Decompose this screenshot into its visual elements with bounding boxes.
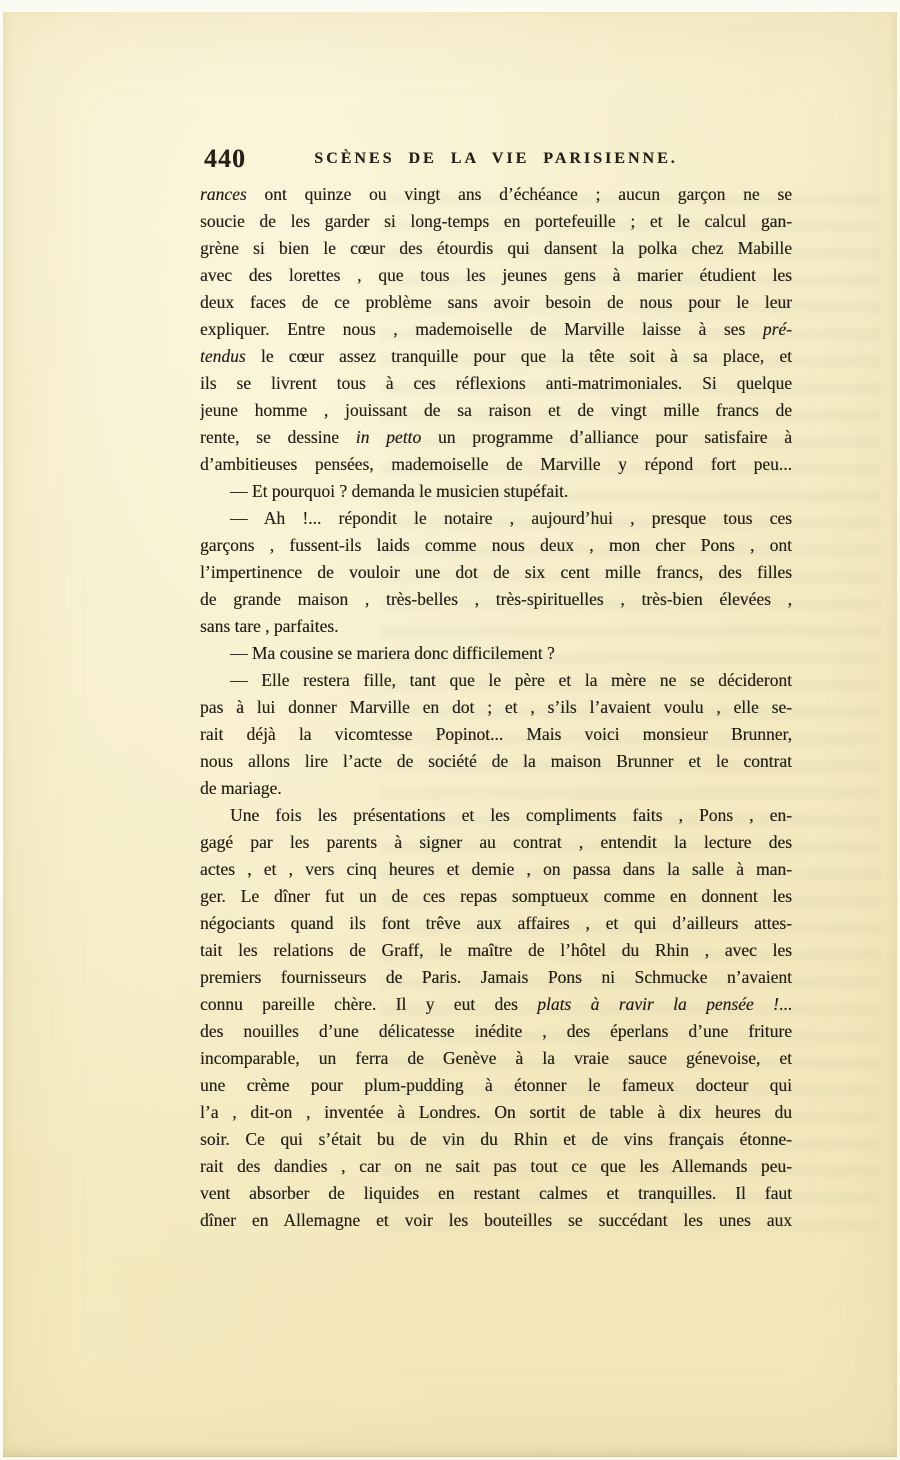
text-line: soucie de les garder si long-temps en po… bbox=[200, 208, 792, 235]
text-segment: sans tare , parfaites. bbox=[200, 616, 338, 636]
text-segment: le cœur assez tranquille pour que la têt… bbox=[246, 346, 792, 366]
text-segment: ... bbox=[779, 994, 792, 1014]
text-segment: soir. Ce qui s’était bu de vin du Rhin e… bbox=[200, 1129, 792, 1149]
text-segment: expliquer. Entre nous , mademoiselle de … bbox=[200, 319, 763, 339]
text-line: connu pareille chère. Il y eut des plats… bbox=[200, 991, 792, 1018]
text-line: expliquer. Entre nous , mademoiselle de … bbox=[200, 316, 792, 343]
text-line: actes , et , vers cinq heures et demie ,… bbox=[200, 856, 792, 883]
text-line: avec des lorettes , que tous les jeunes … bbox=[200, 262, 792, 289]
text-segment: un programme d’alliance pour satisfaire … bbox=[421, 427, 792, 447]
scanned-book-page: 440 SCÈNES DE LA VIE PARISIENNE. rances … bbox=[0, 0, 900, 1460]
text-segment: nous allons lire l’acte de société de la… bbox=[200, 751, 792, 771]
text-line: jeune homme , jouissant de sa raison et … bbox=[200, 397, 792, 424]
text-line: des nouilles d’une délicatesse inédite ,… bbox=[200, 1018, 792, 1045]
text-segment: ger. Le dîner fut un de ces repas somptu… bbox=[200, 886, 792, 906]
text-line: rait des dandies , car on ne sait pas to… bbox=[200, 1153, 792, 1180]
text-segment: négociants quand ils font trêve aux affa… bbox=[200, 913, 792, 933]
text-segment: deux faces de ce problème sans avoir bes… bbox=[200, 292, 792, 312]
text-line: gagé par les parents à signer au contrat… bbox=[200, 829, 792, 856]
text-segment: dîner en Allemagne et voir les bouteille… bbox=[200, 1210, 792, 1230]
body-text: rances ont quinze ou vingt ans d’échéanc… bbox=[200, 181, 792, 1234]
italic-text-segment: rances bbox=[200, 184, 247, 204]
text-line: deux faces de ce problème sans avoir bes… bbox=[200, 289, 792, 316]
text-segment: avec des lorettes , que tous les jeunes … bbox=[200, 265, 792, 285]
text-segment: connu pareille chère. Il y eut des bbox=[200, 994, 537, 1014]
text-line: sans tare , parfaites. bbox=[200, 613, 792, 640]
text-line: nous allons lire l’acte de société de la… bbox=[200, 748, 792, 775]
text-line: dîner en Allemagne et voir les bouteille… bbox=[200, 1207, 792, 1234]
text-line: — Elle restera fille, tant que le père e… bbox=[200, 667, 792, 694]
text-segment: gagé par les parents à signer au contrat… bbox=[200, 832, 792, 852]
text-line: rait déjà la vicomtesse Popinot... Mais … bbox=[200, 721, 792, 748]
text-line: l’a , dit-on , inventée à Londres. On so… bbox=[200, 1099, 792, 1126]
text-segment: une crème pour plum-pudding à étonner le… bbox=[200, 1075, 792, 1095]
text-line: soir. Ce qui s’était bu de vin du Rhin e… bbox=[200, 1126, 792, 1153]
text-line: rente, se dessine in petto un programme … bbox=[200, 424, 792, 451]
text-segment: grène si bien le cœur des étourdis qui d… bbox=[200, 238, 792, 258]
text-line: Une fois les présentations et les compli… bbox=[200, 802, 792, 829]
text-segment: d’ambitieuses pensées, mademoiselle de M… bbox=[200, 454, 792, 474]
text-segment: ils se livrent tous à ces réflexions ant… bbox=[200, 373, 792, 393]
text-line: une crème pour plum-pudding à étonner le… bbox=[200, 1072, 792, 1099]
page-header: 440 SCÈNES DE LA VIE PARISIENNE. bbox=[200, 144, 792, 176]
text-line: ils se livrent tous à ces réflexions ant… bbox=[200, 370, 792, 397]
text-segment: rait des dandies , car on ne sait pas to… bbox=[200, 1156, 792, 1176]
text-line: rances ont quinze ou vingt ans d’échéanc… bbox=[200, 181, 792, 208]
text-line: tendus le cœur assez tranquille pour que… bbox=[200, 343, 792, 370]
italic-text-segment: in petto bbox=[356, 427, 421, 447]
text-line: d’ambitieuses pensées, mademoiselle de M… bbox=[200, 451, 792, 478]
text-segment: — Ma cousine se mariera donc difficileme… bbox=[230, 643, 555, 663]
text-line: — Ma cousine se mariera donc difficileme… bbox=[200, 640, 792, 667]
text-line: ger. Le dîner fut un de ces repas somptu… bbox=[200, 883, 792, 910]
text-segment: tait les relations de Graff, le maître d… bbox=[200, 940, 792, 960]
text-segment: soucie de les garder si long-temps en po… bbox=[200, 211, 792, 231]
text-line: garçons , fussent-ils laids comme nous d… bbox=[200, 532, 792, 559]
text-segment: — Ah !... répondit le notaire , aujourd’… bbox=[230, 508, 792, 528]
italic-text-segment: pré- bbox=[763, 319, 792, 339]
text-segment: rait déjà la vicomtesse Popinot... Mais … bbox=[200, 724, 792, 744]
text-line: — Ah !... répondit le notaire , aujourd’… bbox=[200, 505, 792, 532]
text-segment: actes , et , vers cinq heures et demie ,… bbox=[200, 859, 792, 879]
text-segment: — Elle restera fille, tant que le père e… bbox=[230, 670, 792, 690]
text-segment: pas à lui donner Marville en dot ; et , … bbox=[200, 697, 792, 717]
italic-text-segment: tendus bbox=[200, 346, 246, 366]
text-segment: Une fois les présentations et les compli… bbox=[230, 805, 792, 825]
text-segment: vent absorber de liquides en restant cal… bbox=[200, 1183, 792, 1203]
running-header-title: SCÈNES DE LA VIE PARISIENNE. bbox=[200, 150, 792, 168]
text-segment: garçons , fussent-ils laids comme nous d… bbox=[200, 535, 792, 555]
italic-text-segment: plats à ravir la pensée ! bbox=[537, 994, 779, 1014]
text-segment: l’a , dit-on , inventée à Londres. On so… bbox=[200, 1102, 792, 1122]
text-segment: jeune homme , jouissant de sa raison et … bbox=[200, 400, 792, 420]
text-segment: premiers fournisseurs de Paris. Jamais P… bbox=[200, 967, 792, 987]
text-segment: des nouilles d’une délicatesse inédite ,… bbox=[200, 1021, 792, 1041]
text-line: de mariage. bbox=[200, 775, 792, 802]
text-line: négociants quand ils font trêve aux affa… bbox=[200, 910, 792, 937]
text-segment: ont quinze ou vingt ans d’échéance ; auc… bbox=[247, 184, 792, 204]
text-segment: de grande maison , très-belles , très-sp… bbox=[200, 589, 792, 609]
text-line: vent absorber de liquides en restant cal… bbox=[200, 1180, 792, 1207]
text-segment: incomparable, un ferra de Genève à la vr… bbox=[200, 1048, 792, 1068]
text-line: premiers fournisseurs de Paris. Jamais P… bbox=[200, 964, 792, 991]
text-segment: l’impertinence de vouloir une dot de six… bbox=[200, 562, 792, 582]
text-line: tait les relations de Graff, le maître d… bbox=[200, 937, 792, 964]
text-line: grène si bien le cœur des étourdis qui d… bbox=[200, 235, 792, 262]
text-line: pas à lui donner Marville en dot ; et , … bbox=[200, 694, 792, 721]
text-line: — Et pourquoi ? demanda le musicien stup… bbox=[200, 478, 792, 505]
text-segment: de mariage. bbox=[200, 778, 282, 798]
text-segment: rente, se dessine bbox=[200, 427, 356, 447]
text-line: de grande maison , très-belles , très-sp… bbox=[200, 586, 792, 613]
text-segment: — Et pourquoi ? demanda le musicien stup… bbox=[230, 481, 568, 501]
text-line: l’impertinence de vouloir une dot de six… bbox=[200, 559, 792, 586]
text-line: incomparable, un ferra de Genève à la vr… bbox=[200, 1045, 792, 1072]
